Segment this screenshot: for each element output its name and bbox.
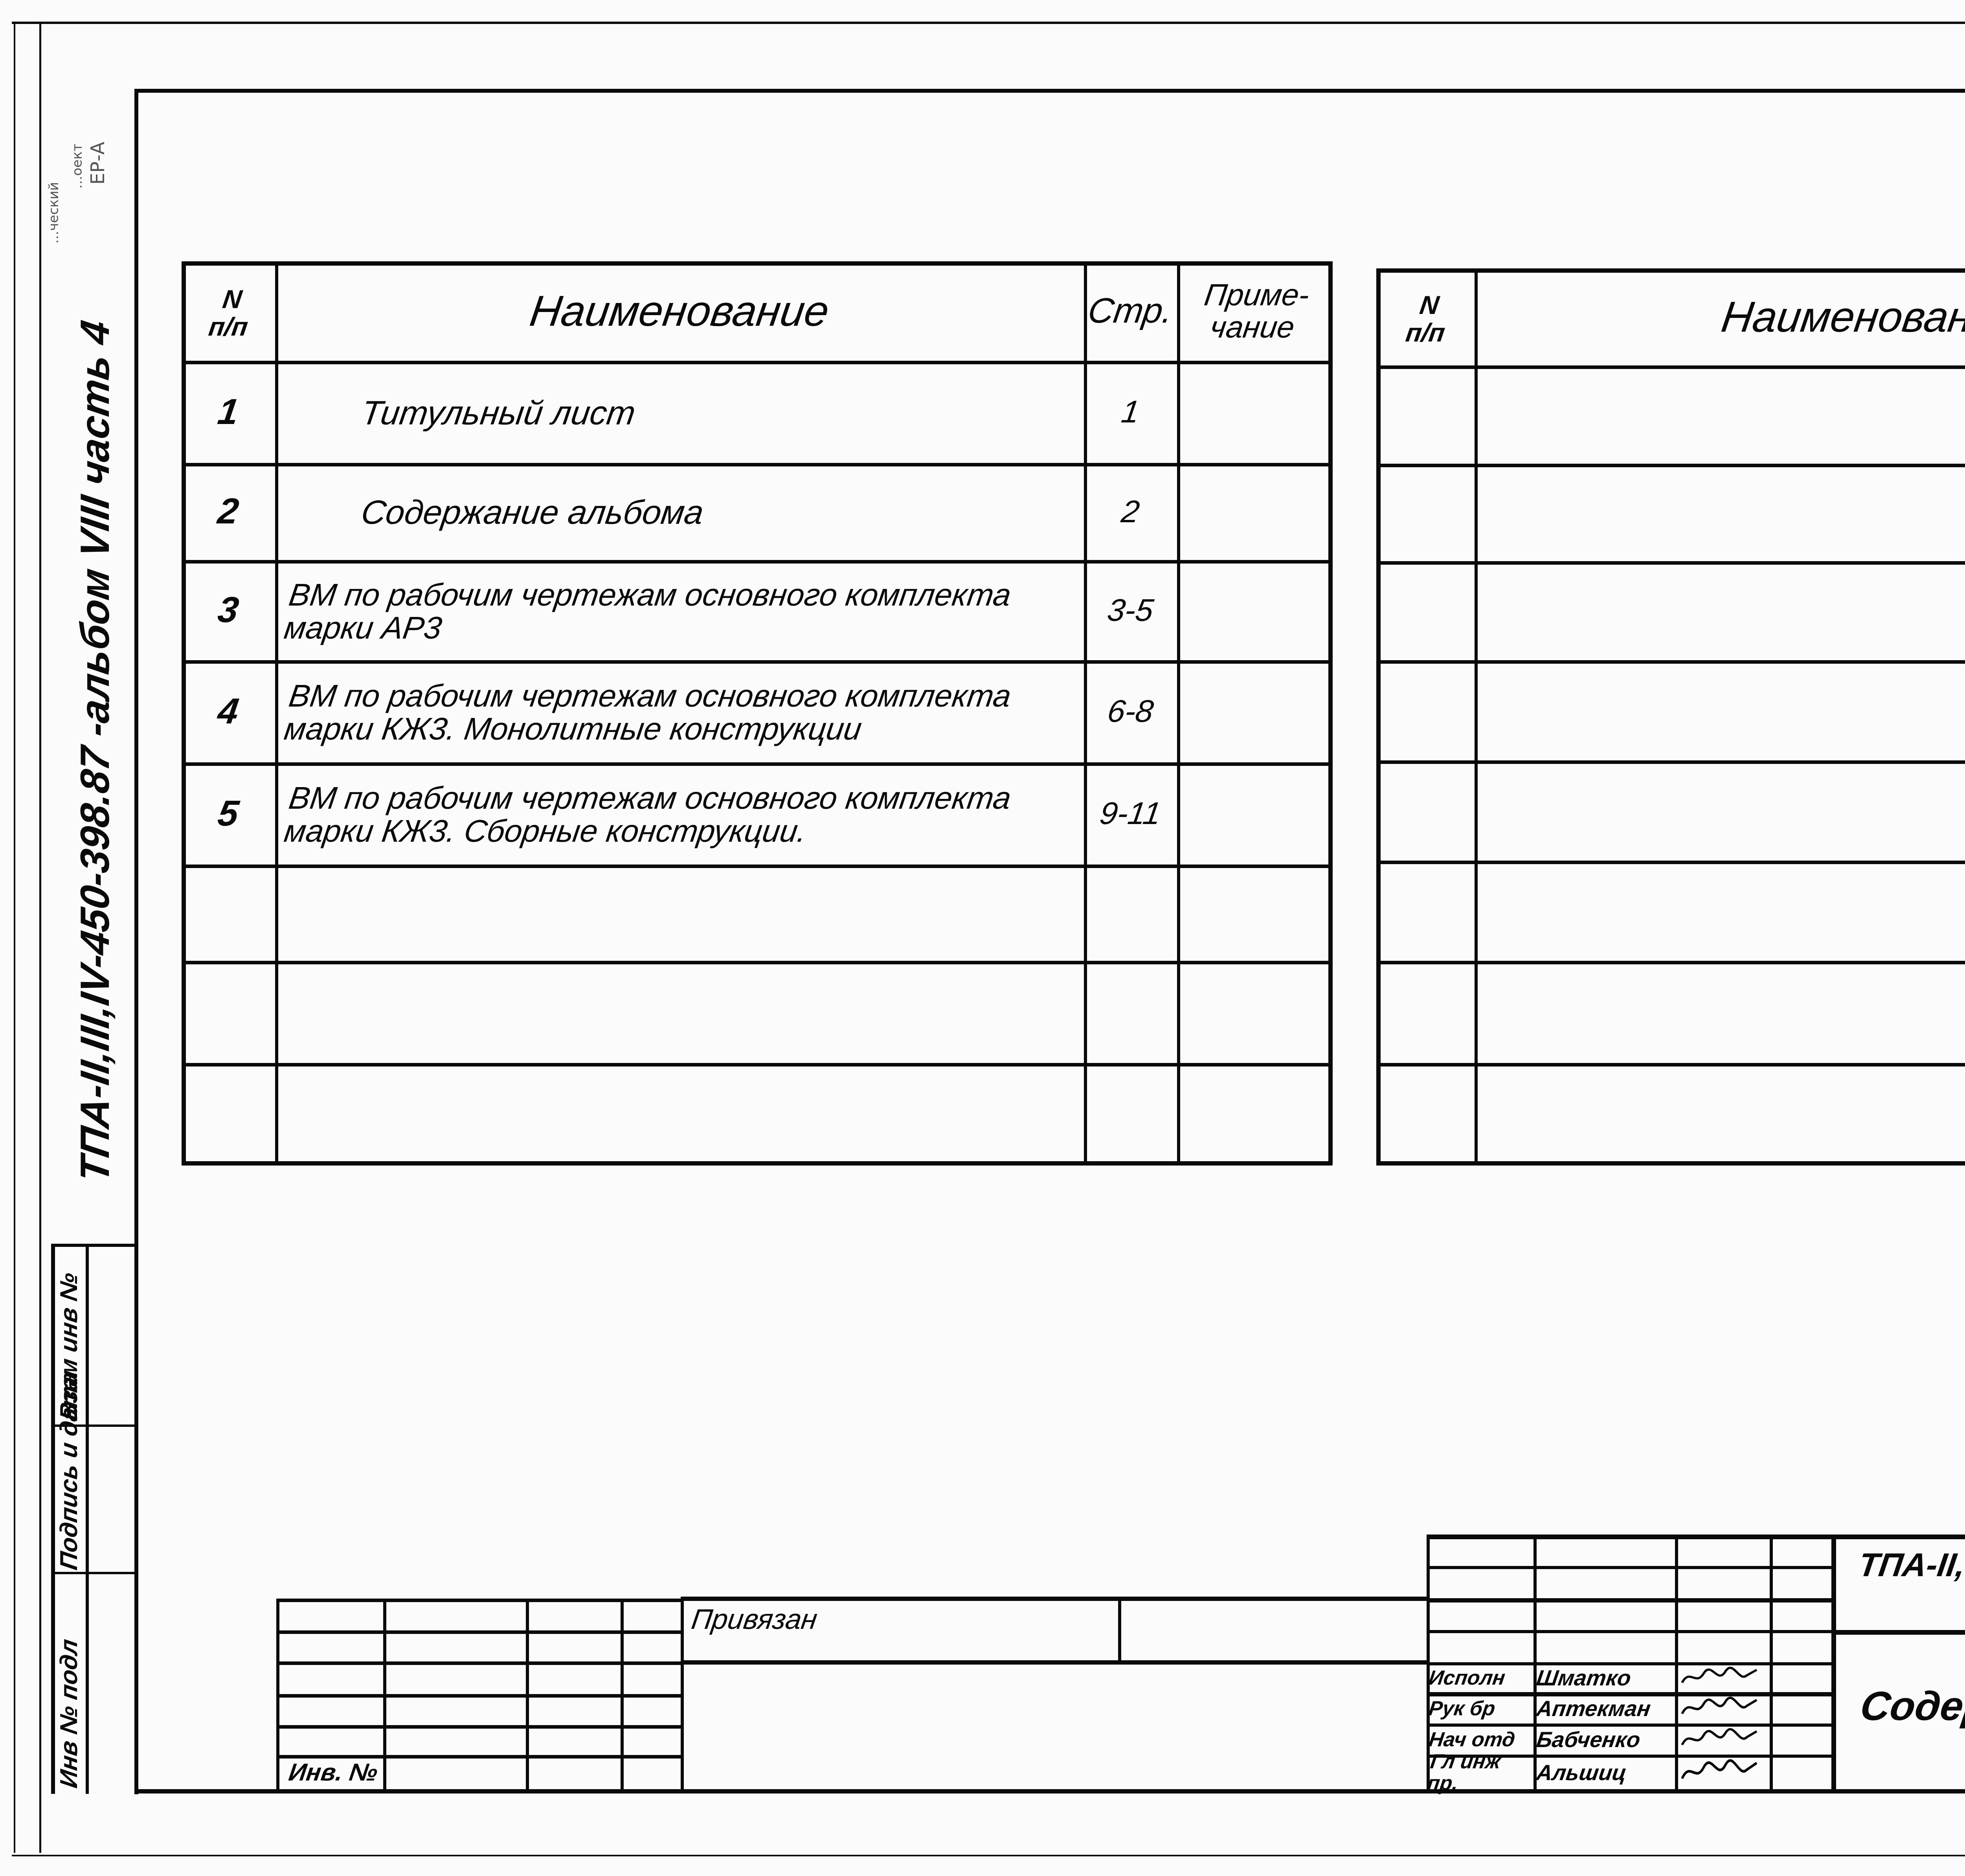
row-number: 2 [175, 463, 282, 560]
table-row [1376, 660, 1965, 760]
binding-row-line [276, 1789, 681, 1793]
table-row [1376, 861, 1965, 961]
row-page: 2 [1077, 463, 1184, 560]
side-stamp-label-inv-orig: Инв № подл [57, 1637, 81, 1789]
binding-block-top [681, 1597, 1427, 1601]
row-number: 1 [174, 361, 283, 463]
binding-block-mid [681, 1660, 1427, 1665]
row-number: 4 [174, 660, 283, 762]
signature-mark [1680, 1759, 1759, 1785]
title-grid-row [1427, 1536, 1831, 1539]
row-name: Титульный лист [354, 364, 1091, 462]
inner-frame-left [134, 89, 138, 1794]
binding-row-line [276, 1725, 681, 1729]
binding-block-divider [1118, 1597, 1121, 1663]
binding-column-line [681, 1599, 684, 1789]
faint-stamp-line-1: ...ческий [47, 182, 61, 244]
title-grid-row [1427, 1598, 1831, 1602]
inventory-number-label: Инв. № [287, 1760, 379, 1785]
signature-mark [1680, 1666, 1759, 1688]
binding-row-line [276, 1755, 681, 1759]
faint-stamp-line-2: ...оект [71, 144, 84, 189]
document-code: ТПА-II, III, IV-450-398 87 [1857, 1548, 1965, 1581]
title-grid-row [1427, 1566, 1831, 1569]
table-row-line [1376, 1161, 1965, 1166]
row-page: 1 [1077, 361, 1185, 463]
table-row [182, 865, 1328, 961]
binding-row-line [276, 1694, 681, 1698]
header-note: Приме-чание [1174, 261, 1335, 361]
row-number: 3 [174, 560, 282, 660]
sheet-title: Содержание альбома [1858, 1686, 1965, 1727]
table-row [1376, 760, 1965, 861]
header-name: Наименование [268, 261, 1091, 361]
row-name: ВМ по рабочим чертежам основного комплек… [280, 663, 1087, 762]
title-grid-column [1831, 1536, 1836, 1789]
side-document-title: ТПА-II,III,IV-450-398.87 -альбом VIII ча… [75, 318, 116, 1184]
table-row-line [182, 1161, 1332, 1166]
binding-row-line [276, 1661, 681, 1665]
table-row [182, 961, 1328, 1063]
outer-frame-bottom [12, 1855, 1965, 1856]
row-page: 3-5 [1077, 560, 1184, 660]
signatory-role: Гл инж пр. [1427, 1756, 1536, 1789]
side-stamp-div-2 [51, 1572, 138, 1574]
signatory-name: Бабченко [1535, 1725, 1677, 1755]
row-page: 6-8 [1077, 660, 1185, 762]
outer-frame-left-2 [39, 22, 41, 1853]
header-number: Nп/п [179, 265, 282, 361]
signatory-name: Альшиц [1534, 1756, 1677, 1789]
row-name: ВМ по рабочим чертежам основного комплек… [280, 563, 1087, 659]
side-stamp-label-replaces-inv: Взам инв № [57, 1271, 81, 1422]
row-page: 9-11 [1077, 762, 1185, 865]
table-column-line [1328, 261, 1333, 1165]
header-name: Наименование [1468, 268, 1965, 365]
side-stamp-mid [86, 1244, 89, 1794]
faint-stamp-line-3: ЕР-А [88, 142, 107, 185]
signatory-name: Аптекман [1535, 1694, 1677, 1724]
bound-label: Привязан [690, 1605, 819, 1634]
table-row [1376, 961, 1965, 1063]
binding-row-line [276, 1599, 681, 1602]
table-row [1376, 365, 1965, 464]
signatory-name: Шматко [1535, 1664, 1676, 1692]
inner-frame-top [136, 89, 1965, 93]
row-name: ВМ по рабочим чертежам основного комплек… [280, 765, 1087, 864]
table-row [1376, 464, 1965, 561]
outer-frame-top [12, 22, 1965, 24]
binding-row-line [276, 1630, 681, 1634]
title-code-separator [1831, 1630, 1965, 1635]
header-number: Nп/п [1374, 272, 1481, 365]
signature-mark [1680, 1696, 1759, 1720]
row-number: 5 [174, 762, 283, 865]
header-page: Стр. [1077, 261, 1184, 361]
title-grid-row [1427, 1630, 1831, 1633]
row-name: Содержание альбома [355, 466, 1090, 559]
table-row [182, 1063, 1328, 1161]
signatory-role: Исполн [1427, 1664, 1535, 1692]
table-row [1376, 561, 1965, 660]
side-stamp-left [51, 1244, 55, 1794]
outer-frame-left-1 [14, 22, 15, 1853]
side-stamp-top [51, 1244, 138, 1247]
signature-mark [1680, 1727, 1759, 1751]
signatory-role: Рук бр [1427, 1694, 1536, 1724]
table-row [1376, 1063, 1965, 1161]
